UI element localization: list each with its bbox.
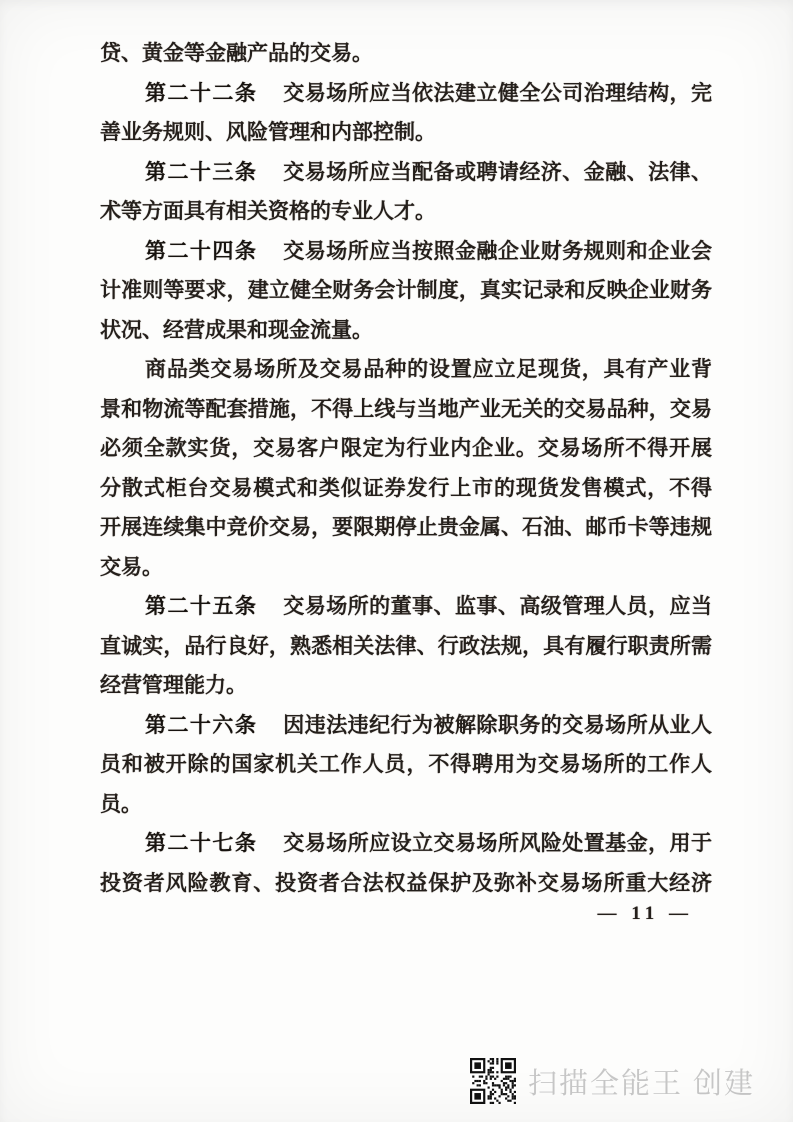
paragraph: 第二十七条交易场所应设立交易场所风险处置基金，用于投资者风险教育、投资者合法权益…	[100, 824, 712, 903]
document-body: 贷、黄金等金融产品的交易。第二十二条交易场所应当依法建立健全公司治理结构，完善业…	[100, 34, 712, 903]
scanner-watermark: 扫描全能王 创建	[470, 1058, 755, 1104]
article-number: 第二十七条	[145, 832, 257, 855]
article-number: 第二十二条	[145, 82, 257, 105]
paragraph: 第二十六条因违法违纪行为被解除职务的交易场所从业人员和被开除的国家机关工作人员，…	[100, 706, 712, 825]
text-line: 计准则等要求，建立健全财务会计制度，真实记录和反映企业财务	[100, 271, 712, 311]
article-number: 第二十四条	[145, 240, 257, 263]
article-number: 第二十六条	[145, 714, 257, 737]
paragraph: 第二十五条交易场所的董事、监事、高级管理人员，应当正直诚实，品行良好，熟悉相关法…	[100, 587, 712, 706]
text-line: 投资者风险教育、投资者合法权益保护及弥补交易场所重大经济	[100, 864, 712, 904]
text-line: 第二十二条交易场所应当依法建立健全公司治理结构，完	[100, 74, 712, 114]
text-line: 第二十五条交易场所的董事、监事、高级管理人员，应当正	[100, 587, 712, 627]
text-line: 交易。	[100, 548, 712, 588]
watermark-label: 扫描全能王 创建	[528, 1061, 755, 1102]
text-line: 善业务规则、风险管理和内部控制。	[100, 113, 712, 153]
text-line: 经营管理能力。	[100, 666, 712, 706]
text-line: 贷、黄金等金融产品的交易。	[100, 34, 712, 74]
paragraph: 第二十四条交易场所应当按照金融企业财务规则和企业会计准则等要求，建立健全财务会计…	[100, 232, 712, 351]
text-line: 必须全款实货，交易客户限定为行业内企业。交易场所不得开展	[100, 429, 712, 469]
text-line: 开展连续集中竞价交易，要限期停止贵金属、石油、邮币卡等违规	[100, 508, 712, 548]
paragraph: 商品类交易场所及交易品种的设置应立足现货，具有产业背景和物流等配套措施，不得上线…	[100, 350, 712, 587]
article-number: 第二十三条	[145, 161, 257, 184]
page-number: — 11 —	[598, 903, 693, 925]
text-line: 员。	[100, 785, 712, 825]
paragraph: 第二十二条交易场所应当依法建立健全公司治理结构，完善业务规则、风险管理和内部控制…	[100, 74, 712, 153]
paragraph: 第二十三条交易场所应当配备或聘请经济、金融、法律、技术等方面具有相关资格的专业人…	[100, 153, 712, 232]
text-line: 直诚实，品行良好，熟悉相关法律、行政法规，具有履行职责所需的	[100, 627, 712, 667]
text-line: 员和被开除的国家机关工作人员，不得聘用为交易场所的工作人	[100, 745, 712, 785]
text-line: 分散式柜台交易模式和类似证券发行上市的现货发售模式，不得	[100, 469, 712, 509]
text-line: 第二十三条交易场所应当配备或聘请经济、金融、法律、技	[100, 153, 712, 193]
scanned-document-page: 贷、黄金等金融产品的交易。第二十二条交易场所应当依法建立健全公司治理结构，完善业…	[0, 0, 793, 1122]
text-line: 商品类交易场所及交易品种的设置应立足现货，具有产业背	[100, 350, 712, 390]
text-line: 第二十四条交易场所应当按照金融企业财务规则和企业会	[100, 232, 712, 272]
text-line: 第二十六条因违法违纪行为被解除职务的交易场所从业人	[100, 706, 712, 746]
text-line: 第二十七条交易场所应设立交易场所风险处置基金，用于	[100, 824, 712, 864]
qr-code-icon	[470, 1058, 516, 1104]
article-number: 第二十五条	[145, 595, 257, 618]
text-line: 状况、经营成果和现金流量。	[100, 311, 712, 351]
paragraph: 贷、黄金等金融产品的交易。	[100, 34, 712, 74]
text-line: 术等方面具有相关资格的专业人才。	[100, 192, 712, 232]
text-line: 景和物流等配套措施，不得上线与当地产业无关的交易品种，交易	[100, 390, 712, 430]
